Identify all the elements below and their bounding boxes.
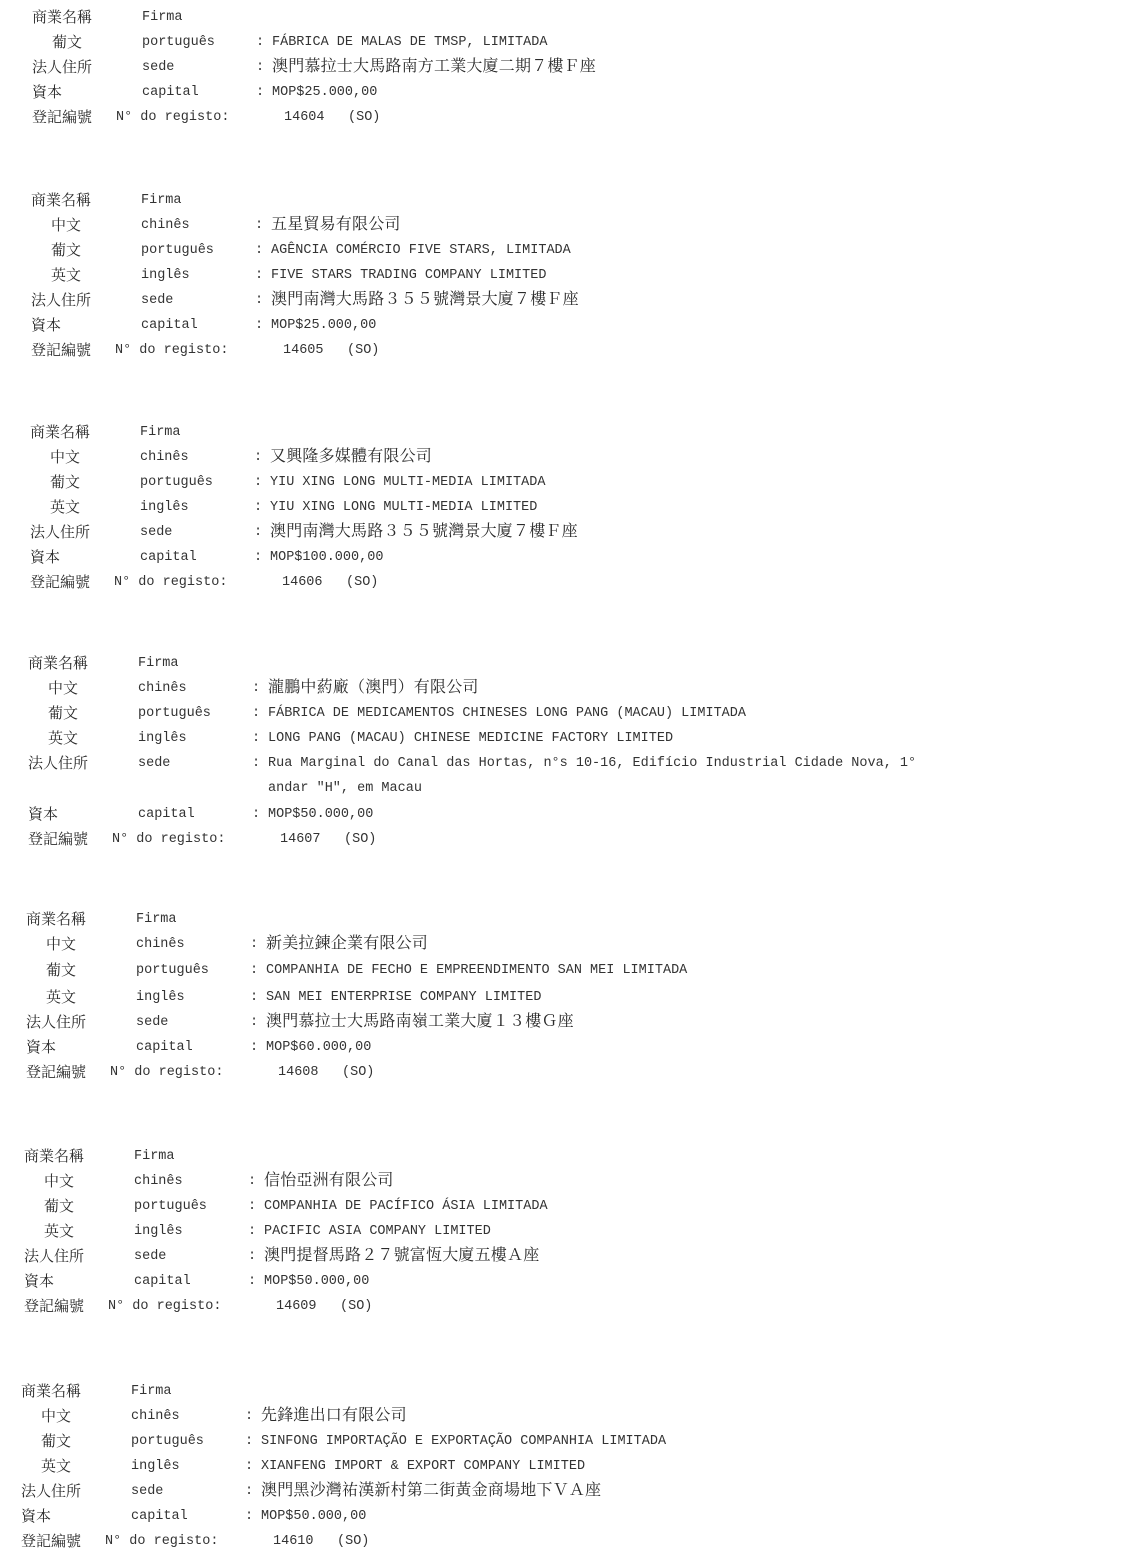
firma-label-zh: 商業名稱 [24, 1146, 84, 1166]
sede-value: 澳門提督馬路２７號富恆大廈五樓Ａ座 [264, 1245, 539, 1265]
registo-label-pt: N° do registo: [114, 573, 227, 593]
colon: : [256, 58, 264, 78]
chines-label-zh: 中文 [41, 1406, 71, 1426]
sede-label-zh: 法人住所 [21, 1481, 81, 1501]
portugues-label-pt: português [138, 704, 211, 724]
colon: : [255, 316, 263, 336]
portugues-label-pt: português [140, 473, 213, 493]
portugues-label-zh: 葡文 [46, 960, 76, 980]
colon: : [252, 729, 260, 749]
colon: : [254, 448, 262, 468]
capital-value: MOP$50.000,00 [268, 805, 373, 825]
chines-name-value: 新美拉鍊企業有限公司 [266, 933, 428, 953]
chines-label-pt: chinês [136, 935, 185, 955]
ingles-label-zh: 英文 [46, 987, 76, 1007]
firma-label-zh: 商業名稱 [30, 422, 90, 442]
ingles-label-zh: 英文 [41, 1456, 71, 1476]
colon: : [250, 935, 258, 955]
registo-label-pt: N° do registo: [108, 1297, 221, 1317]
ingles-label-pt: inglês [131, 1457, 180, 1477]
registo-label-pt: N° do registo: [115, 341, 228, 361]
colon: : [250, 1038, 258, 1058]
colon: : [252, 704, 260, 724]
chines-label-zh: 中文 [44, 1171, 74, 1191]
colon: : [250, 961, 258, 981]
ingles-label-pt: inglês [140, 498, 189, 518]
capital-value: MOP$50.000,00 [261, 1507, 366, 1527]
firma-label-pt: Firma [131, 1382, 172, 1402]
chines-label-pt: chinês [138, 679, 187, 699]
colon: : [255, 266, 263, 286]
ingles-label-zh: 英文 [51, 265, 81, 285]
colon: : [254, 523, 262, 543]
chines-label-pt: chinês [140, 448, 189, 468]
ingles-name-value: XIANFENG IMPORT & EXPORT COMPANY LIMITED [261, 1457, 585, 1477]
sede-label-pt: sede [136, 1013, 168, 1033]
firma-label-zh: 商業名稱 [32, 7, 92, 27]
firma-label-pt: Firma [138, 654, 179, 674]
ingles-name-value: SAN MEI ENTERPRISE COMPANY LIMITED [266, 988, 541, 1008]
portugues-name-value: FÁBRICA DE MALAS DE TMSP, LIMITADA [272, 33, 547, 53]
registo-label-pt: N° do registo: [105, 1532, 218, 1552]
colon: : [250, 988, 258, 1008]
registo-label-zh: 登記編號 [26, 1062, 86, 1082]
capital-label-zh: 資本 [21, 1506, 51, 1526]
ingles-name-value: YIU XING LONG MULTI-MEDIA LIMITED [270, 498, 537, 518]
registo-code: (SO) [346, 573, 378, 593]
registo-label-pt: N° do registo: [110, 1063, 223, 1083]
capital-label-zh: 資本 [31, 315, 61, 335]
portugues-label-zh: 葡文 [50, 472, 80, 492]
registo-number: 14609 [276, 1297, 317, 1317]
capital-value: MOP$25.000,00 [272, 83, 377, 103]
ingles-name-value: PACIFIC ASIA COMPANY LIMITED [264, 1222, 491, 1242]
capital-label-zh: 資本 [28, 804, 58, 824]
portugues-name-value: AGÊNCIA COMÉRCIO FIVE STARS, LIMITADA [271, 241, 571, 261]
capital-label-zh: 資本 [32, 82, 62, 102]
firma-label-zh: 商業名稱 [28, 653, 88, 673]
capital-value: MOP$50.000,00 [264, 1272, 369, 1292]
colon: : [256, 33, 264, 53]
sede-label-zh: 法人住所 [31, 290, 91, 310]
chines-name-value: 五星貿易有限公司 [271, 214, 401, 234]
registo-label-pt: N° do registo: [112, 830, 225, 850]
firma-label-pt: Firma [142, 8, 183, 28]
registo-number: 14605 [283, 341, 324, 361]
chines-label-pt: chinês [141, 216, 190, 236]
capital-label-pt: capital [141, 316, 198, 336]
chines-label-zh: 中文 [46, 934, 76, 954]
registo-code: (SO) [337, 1532, 369, 1552]
portugues-label-zh: 葡文 [48, 703, 78, 723]
colon: : [245, 1482, 253, 1502]
portugues-name-value: COMPANHIA DE PACÍFICO ÁSIA LIMITADA [264, 1197, 548, 1217]
firma-label-zh: 商業名稱 [26, 909, 86, 929]
colon: : [245, 1457, 253, 1477]
sede-label-pt: sede [138, 754, 170, 774]
registo-code: (SO) [344, 830, 376, 850]
ingles-name-value: FIVE STARS TRADING COMPANY LIMITED [271, 266, 546, 286]
portugues-label-pt: português [141, 241, 214, 261]
sede-value: 澳門南灣大馬路３５５號灣景大廈７樓Ｆ座 [271, 289, 579, 309]
sede-label-pt: sede [131, 1482, 163, 1502]
registo-number: 14610 [273, 1532, 314, 1552]
chines-name-value: 瀧鵬中葯廠（澳門）有限公司 [268, 677, 479, 697]
capital-label-pt: capital [142, 83, 199, 103]
capital-value: MOP$60.000,00 [266, 1038, 371, 1058]
colon: : [252, 805, 260, 825]
registo-label-zh: 登記編號 [24, 1296, 84, 1316]
capital-value: MOP$100.000,00 [270, 548, 383, 568]
portugues-label-pt: português [136, 961, 209, 981]
chines-label-zh: 中文 [51, 215, 81, 235]
portugues-label-zh: 葡文 [51, 240, 81, 260]
colon: : [252, 754, 260, 774]
portugues-label-pt: português [142, 33, 215, 53]
firma-label-pt: Firma [136, 910, 177, 930]
capital-label-pt: capital [140, 548, 197, 568]
registo-code: (SO) [340, 1297, 372, 1317]
sede-label-zh: 法人住所 [26, 1012, 86, 1032]
portugues-name-value: SINFONG IMPORTAÇÃO E EXPORTAÇÃO COMPANHI… [261, 1432, 666, 1452]
firma-label-zh: 商業名稱 [21, 1381, 81, 1401]
capital-label-zh: 資本 [24, 1271, 54, 1291]
colon: : [254, 548, 262, 568]
colon: : [255, 241, 263, 261]
registo-code: (SO) [348, 108, 380, 128]
ingles-label-pt: inglês [138, 729, 187, 749]
colon: : [252, 679, 260, 699]
colon: : [250, 1013, 258, 1033]
colon: : [254, 498, 262, 518]
sede-label-pt: sede [141, 291, 173, 311]
portugues-label-zh: 葡文 [44, 1196, 74, 1216]
registo-number: 14606 [282, 573, 323, 593]
registo-code: (SO) [347, 341, 379, 361]
colon: : [248, 1222, 256, 1242]
sede-label-zh: 法人住所 [32, 57, 92, 77]
registo-number: 14604 [284, 108, 325, 128]
capital-label-zh: 資本 [30, 547, 60, 567]
chines-label-zh: 中文 [48, 678, 78, 698]
sede-value: 澳門黑沙灣祐漢新村第二街黃金商場地下ＶＡ座 [261, 1480, 601, 1500]
capital-label-zh: 資本 [26, 1037, 56, 1057]
registo-number: 14608 [278, 1063, 319, 1083]
colon: : [256, 83, 264, 103]
portugues-label-zh: 葡文 [41, 1431, 71, 1451]
chines-name-value: 又興隆多媒體有限公司 [270, 446, 432, 466]
colon: : [255, 216, 263, 236]
portugues-name-value: FÁBRICA DE MEDICAMENTOS CHINESES LONG PA… [268, 704, 746, 724]
chines-label-pt: chinês [134, 1172, 183, 1192]
colon: : [248, 1197, 256, 1217]
portugues-label-pt: português [134, 1197, 207, 1217]
chines-label-zh: 中文 [50, 447, 80, 467]
sede-value: 澳門南灣大馬路３５５號灣景大廈７樓Ｆ座 [270, 521, 578, 541]
registo-label-zh: 登記編號 [31, 340, 91, 360]
registo-label-zh: 登記編號 [32, 107, 92, 127]
colon: : [248, 1272, 256, 1292]
ingles-name-value: LONG PANG (MACAU) CHINESE MEDICINE FACTO… [268, 729, 673, 749]
colon: : [255, 291, 263, 311]
capital-value: MOP$25.000,00 [271, 316, 376, 336]
ingles-label-zh: 英文 [44, 1221, 74, 1241]
registo-label-zh: 登記編號 [21, 1531, 81, 1551]
sede-label-zh: 法人住所 [24, 1246, 84, 1266]
capital-label-pt: capital [134, 1272, 191, 1292]
colon: : [248, 1172, 256, 1192]
sede-label-pt: sede [140, 523, 172, 543]
sede-label-zh: 法人住所 [28, 753, 88, 773]
firma-label-pt: Firma [134, 1147, 175, 1167]
chines-name-value: 信怡亞洲有限公司 [264, 1170, 394, 1190]
colon: : [254, 473, 262, 493]
sede-value: 澳門慕拉士大馬路南嶺工業大廈１３樓Ｇ座 [266, 1011, 574, 1031]
ingles-label-zh: 英文 [48, 728, 78, 748]
colon: : [248, 1247, 256, 1267]
portugues-name-value: COMPANHIA DE FECHO E EMPREENDIMENTO SAN … [266, 961, 687, 981]
ingles-label-pt: inglês [141, 266, 190, 286]
firma-label-zh: 商業名稱 [31, 190, 91, 210]
firma-label-pt: Firma [141, 191, 182, 211]
ingles-label-pt: inglês [136, 988, 185, 1008]
registo-label-pt: N° do registo: [116, 108, 229, 128]
chines-name-value: 先鋒進出口有限公司 [261, 1405, 407, 1425]
capital-label-pt: capital [136, 1038, 193, 1058]
sede-value-line2: andar "H", em Macau [268, 779, 422, 799]
colon: : [245, 1432, 253, 1452]
portugues-name-value: YIU XING LONG MULTI-MEDIA LIMITADA [270, 473, 545, 493]
capital-label-pt: capital [131, 1507, 188, 1527]
sede-value: 澳門慕拉士大馬路南方工業大廈二期７樓Ｆ座 [272, 56, 596, 76]
capital-label-pt: capital [138, 805, 195, 825]
registo-number: 14607 [280, 830, 321, 850]
sede-value-line1: Rua Marginal do Canal das Hortas, n°s 10… [268, 754, 916, 774]
sede-label-zh: 法人住所 [30, 522, 90, 542]
colon: : [245, 1507, 253, 1527]
sede-label-pt: sede [142, 58, 174, 78]
portugues-label-zh: 葡文 [52, 32, 82, 52]
sede-label-pt: sede [134, 1247, 166, 1267]
portugues-label-pt: português [131, 1432, 204, 1452]
ingles-label-pt: inglês [134, 1222, 183, 1242]
registo-code: (SO) [342, 1063, 374, 1083]
colon: : [245, 1407, 253, 1427]
registo-label-zh: 登記編號 [30, 572, 90, 592]
chines-label-pt: chinês [131, 1407, 180, 1427]
registo-label-zh: 登記編號 [28, 829, 88, 849]
ingles-label-zh: 英文 [50, 497, 80, 517]
firma-label-pt: Firma [140, 423, 181, 443]
